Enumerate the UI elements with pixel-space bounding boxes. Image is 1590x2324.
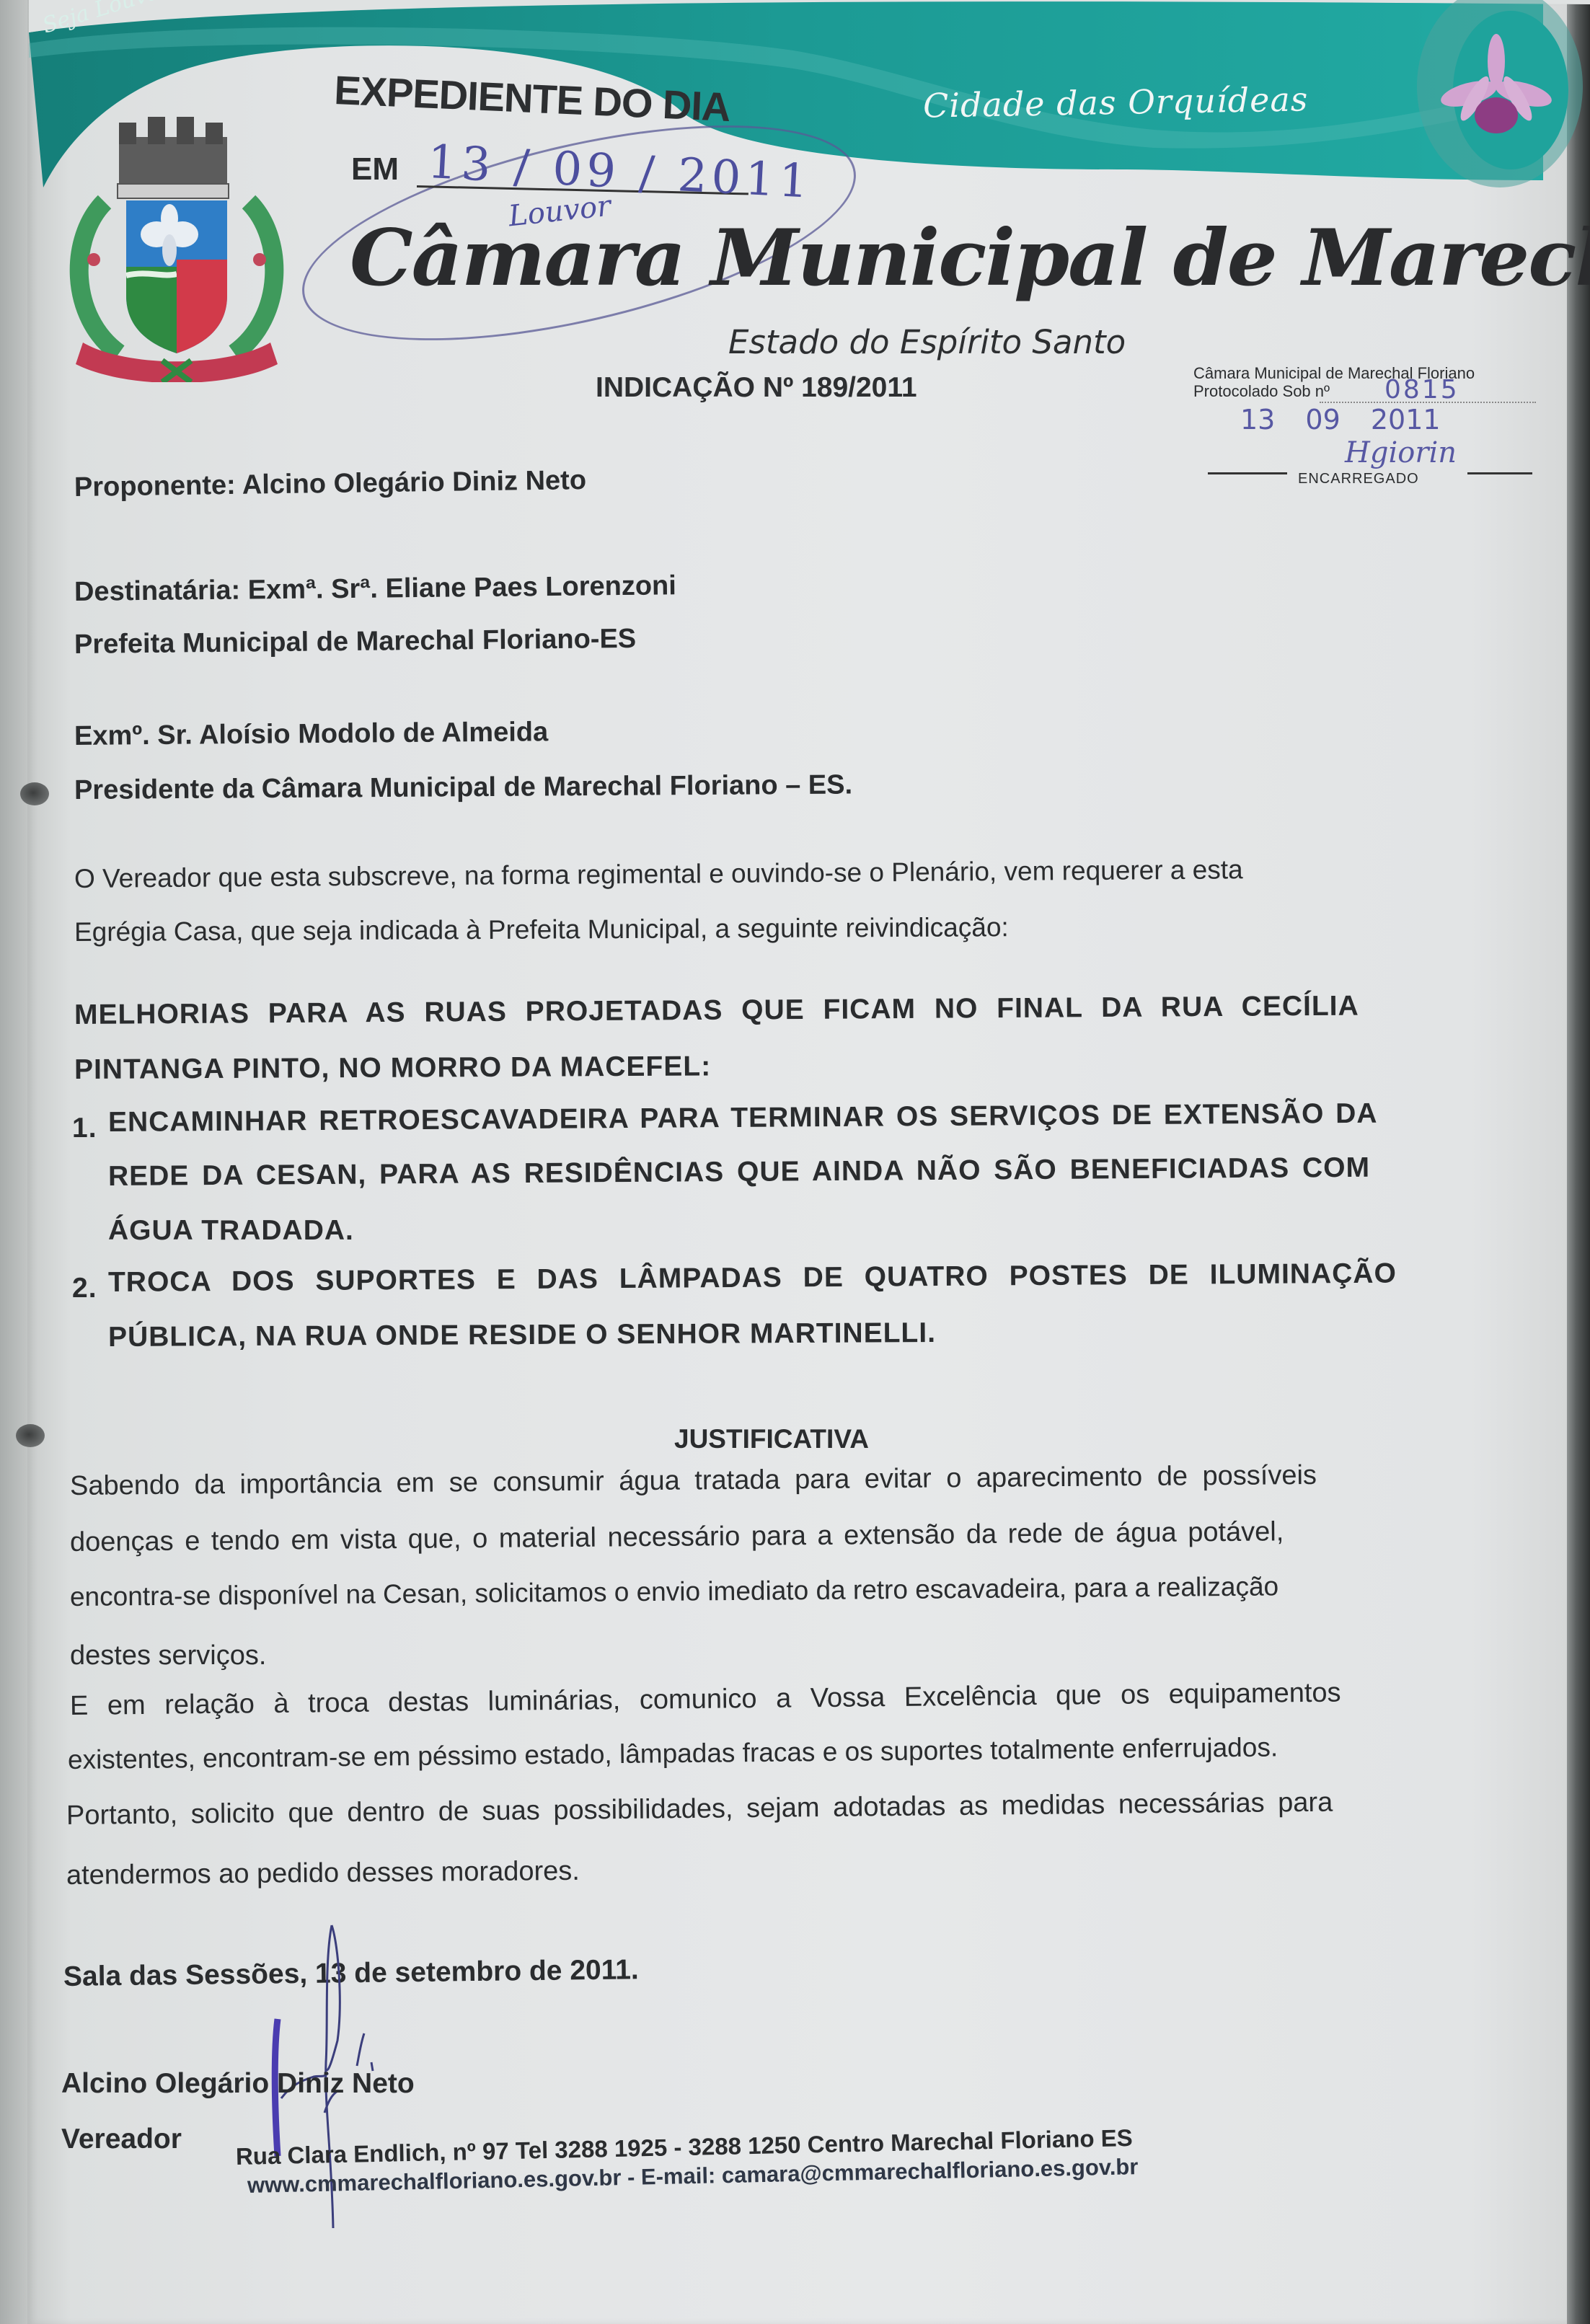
binder-background: [0, 0, 27, 2324]
protocol-role: ENCARREGADO: [1298, 471, 1419, 487]
document-number: INDICAÇÃO Nº 189/2011: [596, 372, 917, 404]
signer-role: Vereador: [61, 2124, 182, 2155]
president: Exmº. Sr. Aloísio Modolo de Almeida: [74, 717, 549, 752]
justification-line: destes serviços.: [70, 1640, 266, 1671]
president-role: Presidente da Câmara Municipal de Marech…: [74, 769, 852, 806]
institution-title: Câmara Municipal de Marechal Floriano: [350, 213, 1590, 304]
protocol-stamp: Câmara Municipal de Marechal Floriano Pr…: [1190, 364, 1550, 494]
intro-line: Egrégia Casa, que seja indicada à Prefei…: [74, 912, 1009, 947]
signature-rule: [1208, 472, 1287, 474]
request-title: PINTANGA PINTO, NO MORRO DA MACEFEL:: [74, 1051, 711, 1086]
coat-of-arms-icon: [54, 115, 299, 382]
justification-title: JUSTIFICATIVA: [674, 1424, 869, 1454]
binder-hole-icon: [16, 1424, 45, 1447]
protocol-number: 0815: [1384, 375, 1459, 405]
signer-name: Alcino Olegário Diniz Neto: [61, 2068, 415, 2100]
em-label: EM: [351, 151, 399, 187]
protocol-signature: Hgiorin: [1345, 436, 1457, 469]
protocol-date: 13 09 2011: [1240, 404, 1441, 436]
orchid-icon: [1413, 7, 1565, 180]
item-number: 1.: [72, 1113, 97, 1144]
item-line: ÁGUA TRADADA.: [108, 1215, 354, 1247]
page-edge-shadow: [1567, 0, 1590, 2324]
signature-rule: [1467, 472, 1532, 474]
destinataria-role: Prefeita Municipal de Marechal Floriano-…: [74, 624, 637, 660]
destinataria: Destinatária: Exmª. Srª. Eliane Paes Lor…: [74, 570, 676, 608]
header-slogan: Cidade das Orquídeas: [923, 79, 1309, 125]
justification-line: atendermos ao pedido desses moradores.: [66, 1856, 580, 1891]
item-number: 2.: [72, 1273, 97, 1304]
item-line: PÚBLICA, NA RUA ONDE RESIDE O SENHOR MAR…: [108, 1317, 936, 1353]
state-subtitle: Estado do Espírito Santo: [728, 323, 1126, 361]
protocol-label: Protocolado Sob nº: [1193, 382, 1330, 401]
binder-hole-icon: [20, 782, 49, 805]
